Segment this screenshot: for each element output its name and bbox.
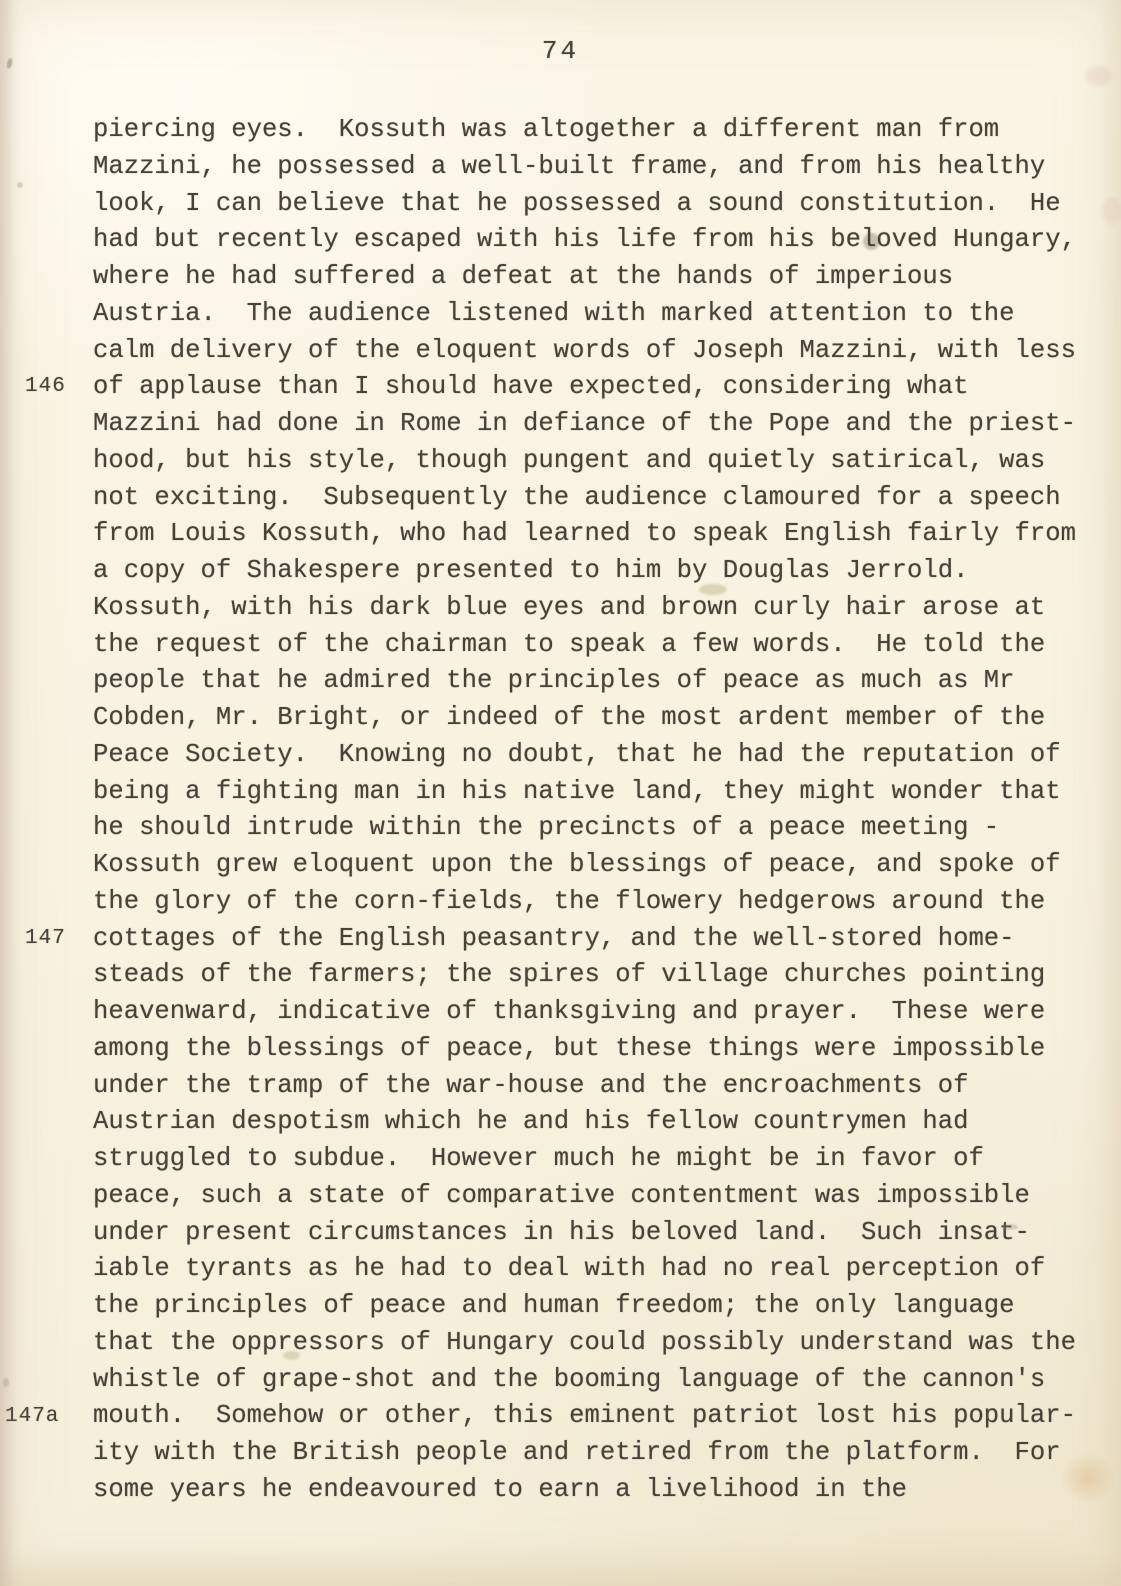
text-line: whistle of grape-shot and the booming la… (93, 1362, 1121, 1399)
text-line: Mazzini had done in Rome in defiance of … (93, 406, 1121, 443)
text-line: calm delivery of the eloquent words of J… (93, 333, 1121, 370)
text-line: Cobden, Mr. Bright, or indeed of the mos… (93, 700, 1121, 737)
paper-stain (1086, 66, 1112, 86)
text-line: Austrian despotism which he and his fell… (93, 1104, 1121, 1141)
text-line: look, I can believe that he possessed a … (93, 186, 1121, 223)
text-line: he should intrude within the precincts o… (93, 810, 1121, 847)
text-line: where he had suffered a defeat at the ha… (93, 259, 1121, 296)
text-line: that the oppressors of Hungary could pos… (93, 1325, 1121, 1362)
text-line: some years he endeavoured to earn a live… (93, 1472, 1121, 1509)
text-line: Kossuth, with his dark blue eyes and bro… (93, 590, 1121, 627)
text-line: struggled to subdue. However much he mig… (93, 1141, 1121, 1178)
text-line: a copy of Shakespere presented to him by… (93, 553, 1121, 590)
text-line: cottages of the English peasantry, and t… (93, 921, 1121, 958)
page-left-edge (0, 0, 22, 1586)
text-line: the request of the chairman to speak a f… (93, 627, 1121, 664)
margin-note: 147a (5, 1399, 59, 1436)
margin-note: 147 (25, 921, 66, 958)
text-line: Peace Society. Knowing no doubt, that he… (93, 737, 1121, 774)
text-line: being a fighting man in his native land,… (93, 774, 1121, 811)
text-line: had but recently escaped with his life f… (93, 222, 1121, 259)
text-line: the glory of the corn-fields, the flower… (93, 884, 1121, 921)
text-line: mouth. Somehow or other, this eminent pa… (93, 1398, 1121, 1435)
text-line: heavenward, indicative of thanksgiving a… (93, 994, 1121, 1031)
text-line: peace, such a state of comparative conte… (93, 1178, 1121, 1215)
text-line: people that he admired the principles of… (93, 663, 1121, 700)
text-line: among the blessings of peace, but these … (93, 1031, 1121, 1068)
text-line: Mazzini, he possessed a well-built frame… (93, 149, 1121, 186)
text-line: iable tyrants as he had to deal with had… (93, 1251, 1121, 1288)
text-line: of applause than I should have expected,… (93, 369, 1121, 406)
text-line: Kossuth grew eloquent upon the blessings… (93, 847, 1121, 884)
text-line: steads of the farmers; the spires of vil… (93, 957, 1121, 994)
text-body: piercing eyes. Kossuth was altogether a … (93, 112, 1121, 1509)
text-line: under present circumstances in his belov… (93, 1215, 1121, 1252)
text-line: from Louis Kossuth, who had learned to s… (93, 516, 1121, 553)
text-line: ity with the British people and retired … (93, 1435, 1121, 1472)
document-page: 74 piercing eyes. Kossuth was altogether… (0, 0, 1121, 1586)
margin-note: 146 (25, 369, 66, 406)
text-line: under the tramp of the war-house and the… (93, 1068, 1121, 1105)
text-line: the principles of peace and human freedo… (93, 1288, 1121, 1325)
text-line: not exciting. Subsequently the audience … (93, 480, 1121, 517)
page-number: 74 (0, 36, 1121, 66)
text-line: hood, but his style, though pungent and … (93, 443, 1121, 480)
text-line: Austria. The audience listened with mark… (93, 296, 1121, 333)
text-line: piercing eyes. Kossuth was altogether a … (93, 112, 1121, 149)
